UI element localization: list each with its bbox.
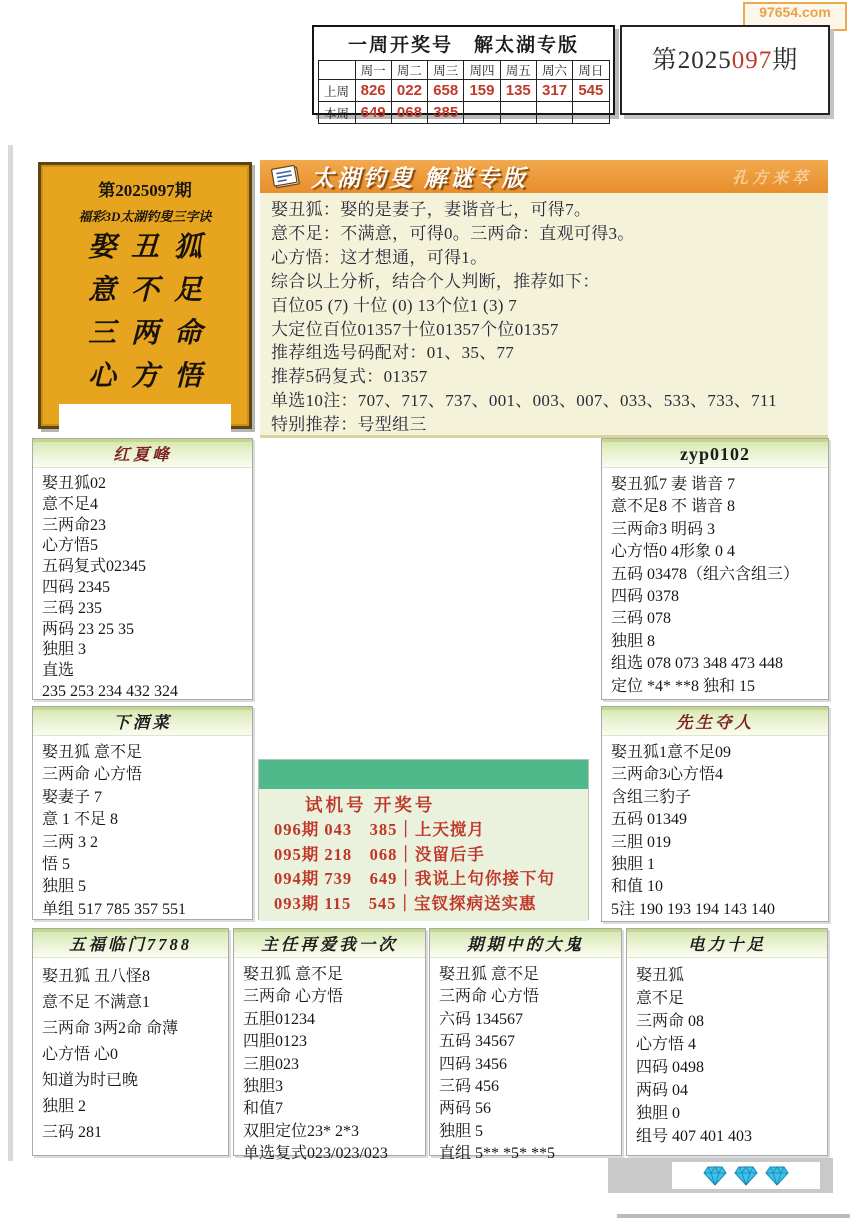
panel-line: 五码复式02345 bbox=[42, 557, 243, 578]
panel-line: 娶丑狐7 妻 谐音 7 bbox=[611, 474, 819, 496]
panel-line: 直选 bbox=[42, 661, 243, 682]
analysis-line: 综合以上分析，结合个人判断，推荐如下： bbox=[271, 270, 817, 294]
panel-body: 娶丑狐 意不足 三两命 心方悟 五胆01234 四胆0123 三胆023 独胆3… bbox=[234, 958, 425, 1166]
panel-xia-jiu-cai: 下酒菜 娶丑狐 意不足 三两命 心方悟 娶妻子 7 意 1 不足 8 三两 3 … bbox=[32, 706, 253, 920]
panel-line: 三两命3心方悟4 bbox=[611, 764, 819, 786]
panel-line: 意 1 不足 8 bbox=[42, 809, 243, 831]
day-header: 周三 bbox=[428, 61, 464, 80]
panel-line: 三两命 心方悟 bbox=[243, 986, 416, 1008]
draw-number: 068 bbox=[391, 102, 427, 124]
draw-number bbox=[500, 102, 536, 124]
panel-line: 四码 2345 bbox=[42, 578, 243, 599]
draw-number bbox=[464, 102, 500, 124]
table-row: 上周 826 022 658 159 135 317 545 bbox=[318, 80, 609, 102]
panel-line: 五码 34567 bbox=[439, 1031, 612, 1053]
panel-line: 娶丑狐 bbox=[636, 964, 818, 987]
panel-line: 两码 04 bbox=[636, 1079, 818, 1102]
verse-line: 意不足 bbox=[41, 270, 249, 311]
panel-line: 组选 078 073 348 473 448 bbox=[611, 653, 819, 675]
weekly-draws-title: 一周开奖号 解太湖专版 bbox=[314, 27, 613, 57]
draw-number: 159 bbox=[464, 80, 500, 102]
panel-title: 主任再爱我一次 bbox=[234, 929, 425, 958]
draws-panel-body: 试机号 开奖号 096期 043 385｜上天搅月 095期 218 068｜没… bbox=[259, 789, 588, 921]
panel-body: 娶丑狐02 意不足4 三两命23 心方悟5 五码复式02345 四码 2345 … bbox=[33, 468, 252, 703]
panel-zhu-ren-zai-ai: 主任再爱我一次 娶丑狐 意不足 三两命 心方悟 五胆01234 四胆0123 三… bbox=[233, 928, 426, 1156]
day-header: 周一 bbox=[355, 61, 391, 80]
draw-history-row: 095期 218 068｜没留后手 bbox=[259, 843, 588, 868]
analysis-line: 百位05 (7) 十位 (0) 13个位1 (3) 7 bbox=[271, 294, 817, 318]
panel-line: 意不足8 不 谐音 8 bbox=[611, 496, 819, 518]
gold-box-issue: 第2025097期 bbox=[41, 176, 249, 201]
day-header: 周二 bbox=[391, 61, 427, 80]
main-panel-title: 太湖钓叟 解谜专版 bbox=[311, 160, 528, 193]
panel-line: 和值7 bbox=[243, 1098, 416, 1120]
draw-number: 545 bbox=[573, 80, 609, 102]
panel-wu-fu-lin-men: 五福临门7788 娶丑狐 丑八怪8 意不足 不满意1 三两命 3两2命 命薄 心… bbox=[32, 928, 229, 1156]
panel-line: 三两命 心方悟 bbox=[439, 986, 612, 1008]
panel-line: 定位 *4* **8 独和 15 bbox=[611, 676, 819, 698]
draw-number: 135 bbox=[500, 80, 536, 102]
panel-line: 三两命 3两2命 命薄 bbox=[42, 1016, 219, 1042]
panel-line: 意不足4 bbox=[42, 495, 243, 516]
diamond-icon bbox=[765, 1166, 789, 1186]
draw-number bbox=[536, 102, 572, 124]
gold-box-subtitle: 福彩3D太湖钓叟三字诀 bbox=[41, 206, 249, 225]
panel-line: 心方悟 心0 bbox=[42, 1042, 219, 1068]
footer-divider-line bbox=[617, 1214, 850, 1218]
panel-line: 三胆 019 bbox=[611, 832, 819, 854]
draw-history-row: 093期 115 545｜宝钗探病送实惠 bbox=[259, 892, 588, 917]
weekly-draws-table: 周一 周二 周三 周四 周五 周六 周日 上周 826 022 658 159 … bbox=[318, 60, 610, 124]
panel-title: 期期中的大鬼 bbox=[430, 929, 621, 958]
panel-body: 娶丑狐7 妻 谐音 7 意不足8 不 谐音 8 三两命3 明码 3 心方悟0 4… bbox=[602, 468, 828, 698]
memo-icon bbox=[269, 163, 303, 191]
panel-line: 和值 10 bbox=[611, 876, 819, 898]
panel-line: 两码 56 bbox=[439, 1098, 612, 1120]
panel-line: 悟 5 bbox=[42, 854, 243, 876]
draw-number: 317 bbox=[536, 80, 572, 102]
panel-line: 四码 3456 bbox=[439, 1054, 612, 1076]
panel-title: 红夏峰 bbox=[33, 439, 252, 468]
analysis-line: 娶丑狐：娶的是妻子，妻谐音七，可得7。 bbox=[271, 198, 817, 222]
panel-line: 心方悟0 4形象 0 4 bbox=[611, 541, 819, 563]
panel-line: 娶丑狐 丑八怪8 bbox=[42, 964, 219, 990]
panel-line: 知道为时已晚 bbox=[42, 1068, 219, 1094]
panel-line: 娶丑狐 意不足 bbox=[243, 964, 416, 986]
panel-line: 三两命3 明码 3 bbox=[611, 519, 819, 541]
panel-line: 娶丑狐1意不足09 bbox=[611, 742, 819, 764]
main-panel-header: 太湖钓叟 解谜专版 孔方来萃 bbox=[260, 160, 828, 193]
day-header: 周四 bbox=[464, 61, 500, 80]
panel-line: 独胆 5 bbox=[439, 1121, 612, 1143]
draw-history-row: 096期 043 385｜上天搅月 bbox=[259, 818, 588, 843]
corner-cell bbox=[318, 61, 355, 80]
panel-line: 四码 0378 bbox=[611, 586, 819, 608]
panel-line: 三两 3 2 bbox=[42, 832, 243, 854]
panel-line: 三码 235 bbox=[42, 599, 243, 620]
issue-number-box: 第2025097期 bbox=[620, 25, 830, 115]
panel-body: 娶丑狐 意不足 三两命 08 心方悟 4 四码 0498 两码 04 独胆 0 … bbox=[627, 958, 827, 1148]
panel-body: 娶丑狐1意不足09 三两命3心方悟4 含组三豹子 五码 01349 三胆 019… bbox=[602, 736, 828, 921]
draw-number bbox=[573, 102, 609, 124]
footer-gray-bar bbox=[608, 1158, 833, 1193]
verse-line: 心方悟 bbox=[41, 356, 249, 397]
diamond-icon bbox=[734, 1166, 758, 1186]
panel-line: 独胆 0 bbox=[636, 1102, 818, 1125]
panel-line: 三码 078 bbox=[611, 608, 819, 630]
row-label: 本周 bbox=[318, 102, 355, 124]
analysis-line: 推荐5码复式：01357 bbox=[271, 365, 817, 389]
panel-xian-sheng-duo-ren: 先生夺人 娶丑狐1意不足09 三两命3心方悟4 含组三豹子 五码 01349 三… bbox=[601, 706, 829, 922]
diamond-icon bbox=[703, 1166, 727, 1186]
analysis-line: 心方悟：这才想通，可得1。 bbox=[271, 246, 817, 270]
panel-line: 组号 407 401 403 bbox=[636, 1125, 818, 1148]
panel-line: 意不足 bbox=[636, 987, 818, 1010]
panel-line: 单组 517 785 357 551 bbox=[42, 899, 243, 921]
panel-title: zyp0102 bbox=[602, 439, 828, 468]
analysis-line: 单选10注：707、717、737、001、003、007、033、533、73… bbox=[271, 389, 817, 413]
panel-line: 娶丑狐 意不足 bbox=[439, 964, 612, 986]
draw-number: 826 bbox=[355, 80, 391, 102]
draws-panel-green-bar bbox=[259, 760, 588, 789]
day-header: 周五 bbox=[500, 61, 536, 80]
panel-line: 直组 5** *5* **5 bbox=[439, 1143, 612, 1165]
issue-suffix: 期 bbox=[772, 47, 798, 74]
draws-column-header: 试机号 开奖号 bbox=[259, 793, 588, 818]
panel-line: 独胆 2 bbox=[42, 1094, 219, 1120]
diamond-rating-box bbox=[672, 1162, 820, 1189]
panel-title: 先生夺人 bbox=[602, 707, 828, 736]
issue-highlight: 097 bbox=[732, 47, 773, 74]
panel-line: 心方悟5 bbox=[42, 536, 243, 557]
panel-line: 单选复式023/023/023 bbox=[243, 1143, 416, 1165]
panel-line: 独胆 3 bbox=[42, 640, 243, 661]
panel-title: 电力十足 bbox=[627, 929, 827, 958]
panel-line: 娶丑狐 意不足 bbox=[42, 742, 243, 764]
analysis-line: 意不足：不满意，可得0。三两命：直观可得3。 bbox=[271, 222, 817, 246]
weekly-draws-box: 一周开奖号 解太湖专版 周一 周二 周三 周四 周五 周六 周日 上周 826 … bbox=[312, 25, 615, 115]
panel-line: 三胆023 bbox=[243, 1054, 416, 1076]
analysis-line: 大定位百位01357十位01357个位01357 bbox=[271, 318, 817, 342]
table-header-row: 周一 周二 周三 周四 周五 周六 周日 bbox=[318, 61, 609, 80]
panel-line: 三两命 08 bbox=[636, 1010, 818, 1033]
panel-line: 双胆定位23* 2*3 bbox=[243, 1121, 416, 1143]
gold-verse-box: 第2025097期 福彩3D太湖钓叟三字诀 娶丑狐 意不足 三两命 心方悟 bbox=[38, 162, 252, 429]
panel-line: 心方悟 4 bbox=[636, 1033, 818, 1056]
panel-body: 娶丑狐 丑八怪8 意不足 不满意1 三两命 3两2命 命薄 心方悟 心0 知道为… bbox=[33, 958, 228, 1146]
draw-number: 649 bbox=[355, 102, 391, 124]
panel-line: 娶丑狐02 bbox=[42, 474, 243, 495]
panel-line: 五码 01349 bbox=[611, 809, 819, 831]
verse-line: 娶丑狐 bbox=[41, 227, 249, 268]
panel-line: 三码 281 bbox=[42, 1120, 219, 1146]
panel-line: 四胆0123 bbox=[243, 1031, 416, 1053]
main-panel-body: 娶丑狐：娶的是妻子，妻谐音七，可得7。 意不足：不满意，可得0。三两命：直观可得… bbox=[260, 193, 828, 437]
test-draw-numbers-panel: 试机号 开奖号 096期 043 385｜上天搅月 095期 218 068｜没… bbox=[258, 759, 589, 920]
panel-qi-qi-zhong: 期期中的大鬼 娶丑狐 意不足 三两命 心方悟 六码 134567 五码 3456… bbox=[429, 928, 622, 1156]
verse-line: 三两命 bbox=[41, 313, 249, 354]
analysis-line: 特别推荐：号型组三 bbox=[271, 413, 817, 437]
panel-line: 独胆3 bbox=[243, 1076, 416, 1098]
panel-line: 五码 03478（组六含组三） bbox=[611, 564, 819, 586]
row-label: 上周 bbox=[318, 80, 355, 102]
panel-line: 5注 190 193 194 143 140 bbox=[611, 899, 819, 921]
left-rail-divider bbox=[8, 145, 13, 1161]
draw-number: 658 bbox=[428, 80, 464, 102]
panel-zyp0102: zyp0102 娶丑狐7 妻 谐音 7 意不足8 不 谐音 8 三两命3 明码 … bbox=[601, 438, 829, 700]
panel-line: 四码 0498 bbox=[636, 1056, 818, 1079]
panel-body: 娶丑狐 意不足 三两命 心方悟 娶妻子 7 意 1 不足 8 三两 3 2 悟 … bbox=[33, 736, 252, 921]
panel-line: 含组三豹子 bbox=[611, 787, 819, 809]
panel-line: 娶妻子 7 bbox=[42, 787, 243, 809]
analysis-line: 推荐组选号码配对：01、35、77 bbox=[271, 341, 817, 365]
panel-hong-xia-feng: 红夏峰 娶丑狐02 意不足4 三两命23 心方悟5 五码复式02345 四码 2… bbox=[32, 438, 253, 700]
draw-history-row: 094期 739 649｜我说上句你接下句 bbox=[259, 867, 588, 892]
panel-title: 下酒菜 bbox=[33, 707, 252, 736]
panel-line: 三两命 心方悟 bbox=[42, 764, 243, 786]
panel-line: 意不足 不满意1 bbox=[42, 990, 219, 1016]
panel-dian-li-shi-zu: 电力十足 娶丑狐 意不足 三两命 08 心方悟 4 四码 0498 两码 04 … bbox=[626, 928, 828, 1156]
draw-number: 385 bbox=[428, 102, 464, 124]
main-panel-corner-text: 孔方来萃 bbox=[732, 165, 812, 188]
day-header: 周日 bbox=[573, 61, 609, 80]
day-header: 周六 bbox=[536, 61, 572, 80]
table-row: 本周 649 068 385 bbox=[318, 102, 609, 124]
panel-line: 独胆 1 bbox=[611, 854, 819, 876]
panel-line: 两码 23 25 35 bbox=[42, 620, 243, 641]
panel-line: 独胆 8 bbox=[611, 631, 819, 653]
panel-title: 五福临门7788 bbox=[33, 929, 228, 958]
panel-line: 独胆 5 bbox=[42, 876, 243, 898]
draw-number: 022 bbox=[391, 80, 427, 102]
lottery-sheet-page: 97654.com 一周开奖号 解太湖专版 周一 周二 周三 周四 周五 周六 … bbox=[0, 0, 850, 1224]
issue-prefix: 第2025 bbox=[652, 47, 732, 74]
panel-line: 三两命23 bbox=[42, 516, 243, 537]
panel-line: 六码 134567 bbox=[439, 1009, 612, 1031]
panel-line: 235 253 234 432 324 bbox=[42, 682, 243, 703]
panel-body: 娶丑狐 意不足 三两命 心方悟 六码 134567 五码 34567 四码 34… bbox=[430, 958, 621, 1166]
main-analysis-panel: 太湖钓叟 解谜专版 孔方来萃 娶丑狐：娶的是妻子，妻谐音七，可得7。 意不足：不… bbox=[260, 160, 828, 438]
panel-line: 三码 456 bbox=[439, 1076, 612, 1098]
panel-line: 五胆01234 bbox=[243, 1009, 416, 1031]
